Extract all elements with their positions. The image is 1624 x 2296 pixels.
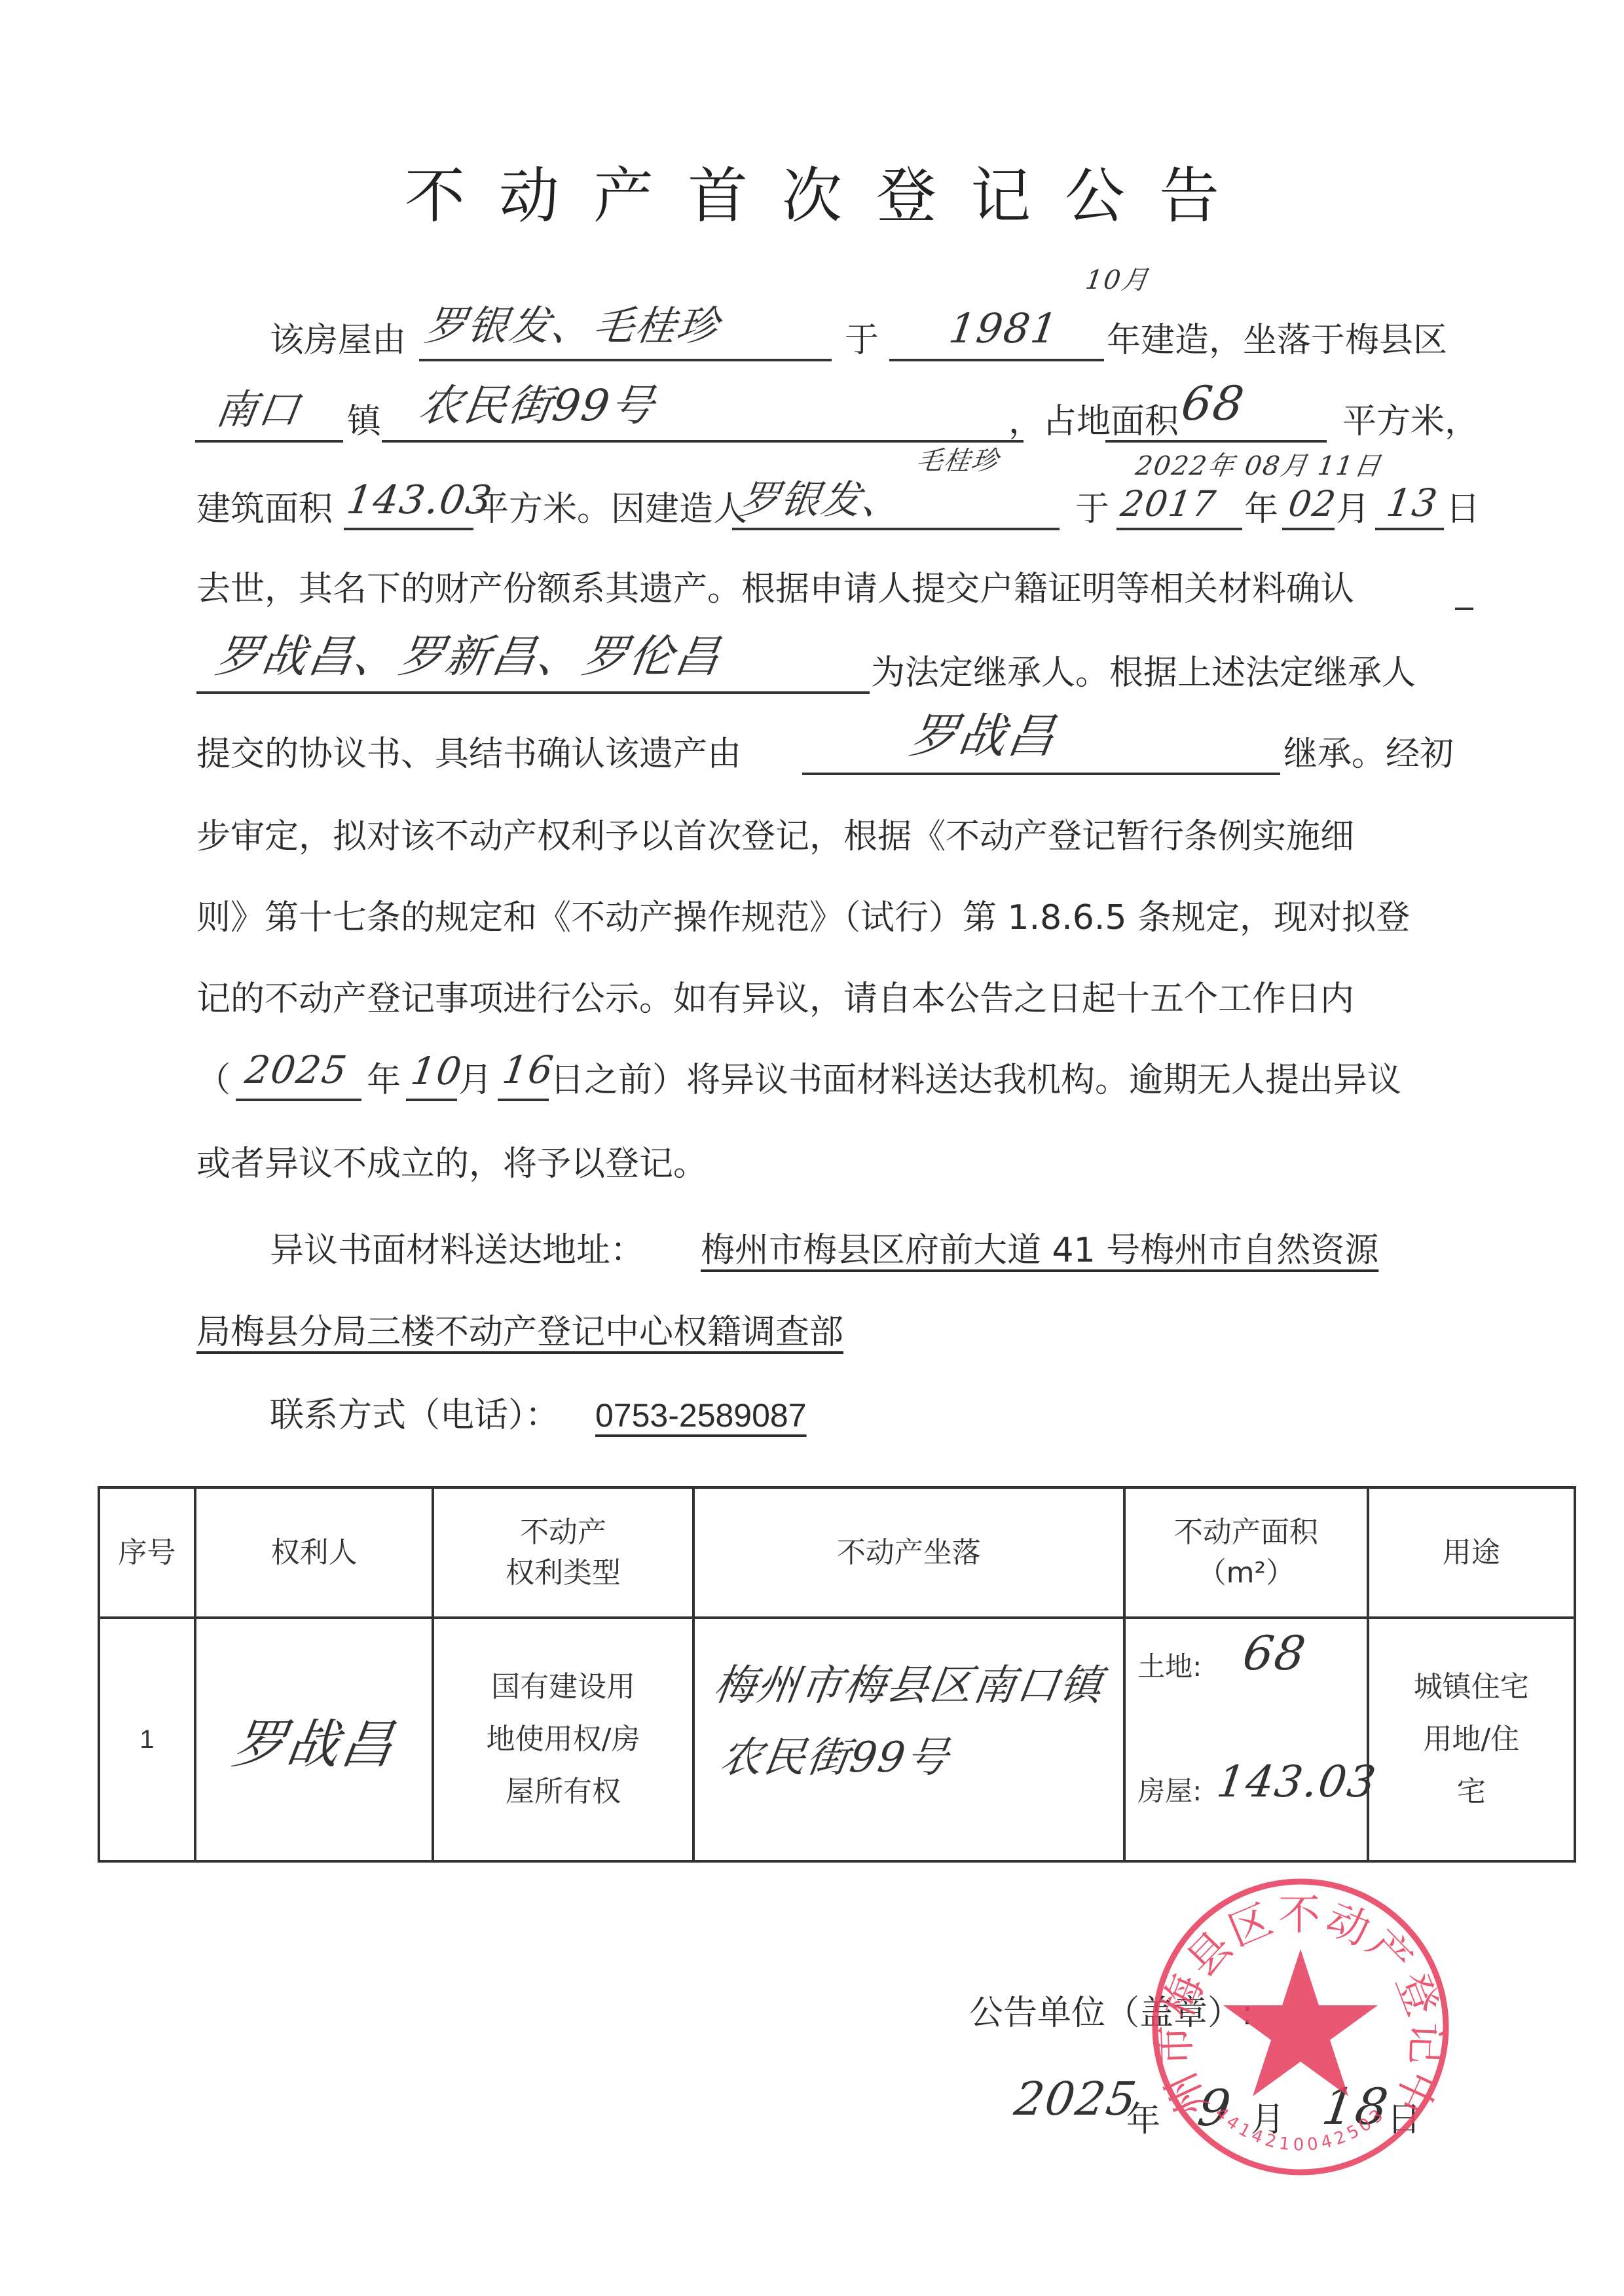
land-area-underline xyxy=(1105,440,1327,443)
text-builder-intro: 平方米。因建造人 xyxy=(475,477,747,542)
build-month-note-handwritten: 10月 xyxy=(1081,247,1154,313)
land-area-label: ，占地面积 xyxy=(1008,389,1179,454)
header-holder: 权利人 xyxy=(195,1487,434,1618)
inheritor-underline xyxy=(802,773,1280,775)
paragraph-line-9: 记的不动产登记事项进行公示。如有异议，请自本公告之日起十五个工作日内 xyxy=(0,966,1624,1032)
paragraph-line-6: 提交的协议书、具结书确认该遗产由 罗战昌 继承。经初 xyxy=(0,721,1624,787)
deadline-year-handwritten: 2025 xyxy=(241,1037,352,1102)
paragraph-line-11: 或者异议不成立的，将予以登记。 xyxy=(0,1131,1624,1197)
address-value-2: 局梅县分局三楼不动产登记中心权籍调查部 xyxy=(196,1300,843,1365)
paragraph-line-1: 该房屋由 罗银发、毛桂珍 于 1981 10月 年建造，坐落于梅县区 xyxy=(0,308,1624,373)
paragraph-text: 日之前）将异议书面材料送达我机构。逾期无人提出异议 xyxy=(550,1048,1401,1113)
header-area-line-1: 不动产面积 xyxy=(1126,1512,1366,1553)
heirs-underline-start xyxy=(1455,608,1473,610)
address-label: 异议书面材料送达地址： xyxy=(270,1218,644,1283)
death-year-handwritten: 2017 xyxy=(1116,471,1221,537)
paragraph-line-4: 去世，其名下的财产份额系其遗产。根据申请人提交户籍证明等相关材料确认 xyxy=(0,556,1624,622)
co-builder-note-handwritten: 毛桂珍 xyxy=(914,440,1002,477)
paragraph-text: 或者异议不成立的，将予以登记。 xyxy=(196,1131,707,1197)
paragraph-text: 记的不动产登记事项进行公示。如有异议，请自本公告之日起十五个工作日内 xyxy=(196,966,1354,1032)
death-month-handwritten: 02 xyxy=(1284,471,1341,537)
text-open-paren: （ xyxy=(196,1048,231,1113)
text-yue: 月 xyxy=(458,1048,492,1113)
contact-phone: 0753-2589087 xyxy=(586,1383,807,1448)
building-area-label: 建筑面积 xyxy=(196,477,333,542)
official-seal-icon: 梅州市梅县区不动产登记中心 4414210042503 xyxy=(1149,1876,1452,2178)
text-prefix: 该房屋由 xyxy=(270,308,406,373)
heirs-handwritten: 罗战昌、罗新昌、罗伦昌 xyxy=(212,625,725,690)
owners-underline xyxy=(419,359,832,361)
address-line-2: 局梅县分局三楼不动产登记中心权籍调查部 xyxy=(0,1300,1624,1365)
header-usage: 用途 xyxy=(1368,1487,1575,1618)
land-area-unit: 平方米， xyxy=(1342,389,1479,454)
table-header-row: 序号 权利人 不动产 权利类型 不动产坐落 不动产面积 （m²） 用途 xyxy=(99,1487,1575,1618)
location-handwritten-line-1: 梅州市梅县区南口镇 xyxy=(710,1652,1107,1712)
land-area-label: 土地: xyxy=(1137,1645,1202,1685)
contact-label: 联系方式（电话）： xyxy=(270,1383,559,1448)
text-yue: 月 xyxy=(1336,477,1370,542)
paragraph-text: 去世，其名下的财产份额系其遗产。根据申请人提交户籍证明等相关材料确认 xyxy=(196,556,1354,622)
location-handwritten-line-2: 农民街99号 xyxy=(716,1724,953,1784)
building-area-handwritten: 143.03 xyxy=(342,467,497,533)
owners-handwritten: 罗银发、毛桂珍 xyxy=(421,293,724,359)
house-area-label: 房屋: xyxy=(1137,1770,1202,1809)
text-suffix: 年建造，坐落于梅县区 xyxy=(1107,308,1447,373)
usage-line-3: 宅 xyxy=(1369,1766,1574,1818)
paragraph-text: 为法定继承人。根据上述法定继承人 xyxy=(871,640,1416,706)
inheritor-handwritten: 罗战昌 xyxy=(906,703,1060,769)
text-yu: 于 xyxy=(845,308,879,373)
town-label: 镇 xyxy=(347,389,381,454)
date-year-handwritten: 2025 xyxy=(1011,2072,1141,2126)
cell-right-type: 国有建设用 地使用权/房 屋所有权 xyxy=(433,1618,693,1861)
land-area-handwritten: 68 xyxy=(1240,1626,1310,1681)
paragraph-line-7: 步审定，拟对该不动产权利予以首次登记，根据《不动产登记暂行条例实施细 xyxy=(0,804,1624,869)
text-ri: 日 xyxy=(1446,477,1480,542)
paragraph-line-5: 罗战昌、罗新昌、罗伦昌 为法定继承人。根据上述法定继承人 xyxy=(0,640,1624,706)
header-right-type-line-2: 权利类型 xyxy=(434,1553,692,1594)
town-handwritten: 南口 xyxy=(212,377,304,443)
paragraph-text: 继承。经初 xyxy=(1283,721,1454,787)
header-location: 不动产坐落 xyxy=(693,1487,1125,1618)
header-right-type: 不动产 权利类型 xyxy=(433,1487,693,1618)
right-type-line-2: 地使用权/房 xyxy=(434,1713,692,1766)
paragraph-text: 则》第十七条的规定和《不动产操作规范》（试行）第 1.8.6.5 条规定，现对拟… xyxy=(196,885,1410,951)
build-year-handwritten: 1981 xyxy=(945,296,1063,361)
house-area-handwritten: 143.03 xyxy=(1214,1757,1380,1807)
table-row: 1 罗战昌 国有建设用 地使用权/房 屋所有权 梅州市梅县区南口镇 农民街99号… xyxy=(99,1618,1575,1861)
holder-handwritten: 罗战昌 xyxy=(229,1702,400,1777)
contact-line: 联系方式（电话）： 0753-2589087 xyxy=(0,1383,1624,1448)
paragraph-text: 提交的协议书、具结书确认该遗产由 xyxy=(196,721,741,787)
usage-line-2: 用地/住 xyxy=(1369,1713,1574,1766)
death-day-handwritten: 13 xyxy=(1382,470,1443,536)
street-handwritten: 农民街99号 xyxy=(415,373,659,439)
cell-usage: 城镇住宅 用地/住 宅 xyxy=(1368,1618,1575,1861)
paragraph-line-3: 建筑面积 143.03 平方米。因建造人 罗银发、 于 2017 年 02 月 … xyxy=(0,477,1624,542)
header-area: 不动产面积 （m²） xyxy=(1124,1487,1367,1618)
svg-text:4414210042503: 4414210042503 xyxy=(1211,2104,1390,2155)
cell-location: 梅州市梅县区南口镇 农民街99号 xyxy=(693,1618,1125,1861)
builder-handwritten: 罗银发、 xyxy=(735,467,907,533)
header-index: 序号 xyxy=(99,1487,195,1618)
paragraph-line-10: （ 2025 年 10 月 16 日之前）将异议书面材料送达我机构。逾期无人提出… xyxy=(0,1048,1624,1113)
header-right-type-line-1: 不动产 xyxy=(434,1512,692,1553)
land-area-handwritten: 68 xyxy=(1177,371,1249,436)
page-title: 不动产首次登记公告 xyxy=(0,160,1624,232)
paragraph-text: 步审定，拟对该不动产权利予以首次登记，根据《不动产登记暂行条例实施细 xyxy=(196,804,1354,869)
registration-table: 序号 权利人 不动产 权利类型 不动产坐落 不动产面积 （m²） 用途 1 罗战… xyxy=(98,1486,1576,1863)
right-type-line-1: 国有建设用 xyxy=(434,1661,692,1713)
heirs-underline xyxy=(196,691,870,694)
cell-area: 土地: 68 房屋: 143.03 xyxy=(1124,1618,1367,1861)
usage-line-1: 城镇住宅 xyxy=(1369,1661,1574,1713)
paragraph-line-2: 南口 镇 农民街99号 ，占地面积 68 平方米， xyxy=(0,389,1624,454)
address-line-1: 异议书面材料送达地址： 梅州市梅县区府前大道 41 号梅州市自然资源 xyxy=(0,1218,1624,1283)
text-nian: 年 xyxy=(367,1048,401,1113)
text-nian: 年 xyxy=(1244,477,1278,542)
cell-holder: 罗战昌 xyxy=(195,1618,434,1861)
right-type-line-3: 屋所有权 xyxy=(434,1766,692,1818)
address-value-1: 梅州市梅县区府前大道 41 号梅州市自然资源 xyxy=(701,1218,1378,1283)
text-yu: 于 xyxy=(1075,477,1109,542)
cell-index: 1 xyxy=(99,1618,195,1861)
paragraph-line-8: 则》第十七条的规定和《不动产操作规范》（试行）第 1.8.6.5 条规定，现对拟… xyxy=(0,885,1624,951)
header-area-line-2: （m²） xyxy=(1126,1553,1366,1594)
seal-code: 4414210042503 xyxy=(1211,2104,1390,2155)
